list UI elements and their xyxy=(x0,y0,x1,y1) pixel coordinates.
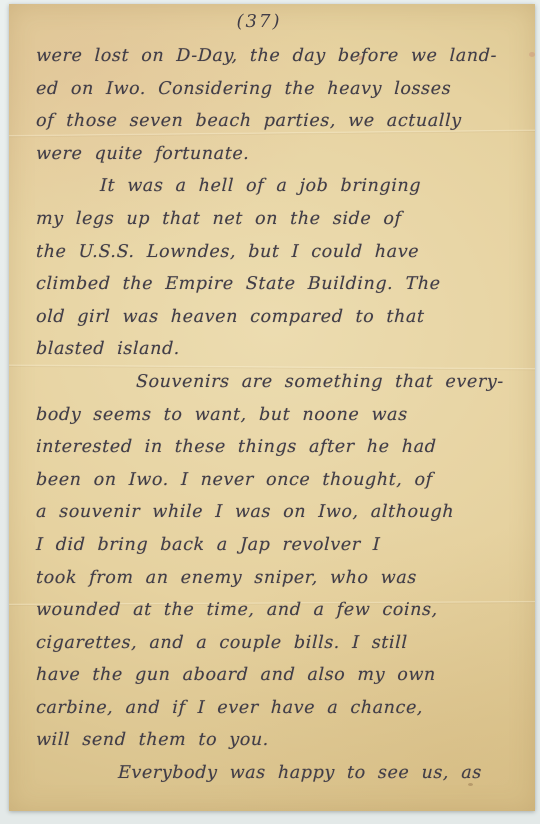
letter-line: of those seven beach parties, we actuall… xyxy=(35,105,515,138)
letter-line: will send them to you. xyxy=(35,724,515,757)
letter-line: Souvenirs are something that every- xyxy=(35,366,515,399)
letter-line: interested in these things after he had xyxy=(35,431,515,464)
letter-line: carbine, and if I ever have a chance, xyxy=(35,692,515,725)
letter-line: blasted island. xyxy=(35,333,515,366)
letter-line: Everybody was happy to see us, as xyxy=(35,757,515,790)
letter-line: body seems to want, but noone was xyxy=(35,399,515,432)
letter-line: old girl was heaven compared to that xyxy=(35,301,515,334)
letter-line: were lost on D-Day, the day before we la… xyxy=(35,40,515,73)
letter-line: my legs up that net on the side of xyxy=(35,203,515,236)
paper-blemish xyxy=(529,52,535,57)
letter-line: took from an enemy sniper, who was xyxy=(35,562,515,595)
letter-line: It was a hell of a job bringing xyxy=(35,170,515,203)
page-number: (37) xyxy=(9,11,509,32)
letter-body: were lost on D-Day, the day before we la… xyxy=(36,40,515,790)
letter-page: (37) were lost on D-Day, the day before … xyxy=(9,4,535,811)
letter-line: been on Iwo. I never once thought, of xyxy=(35,464,515,497)
letter-line: a souvenir while I was on Iwo, although xyxy=(35,496,515,529)
letter-line: cigarettes, and a couple bills. I still xyxy=(35,627,515,660)
letter-line: were quite fortunate. xyxy=(35,138,515,171)
letter-line: wounded at the time, and a few coins, xyxy=(35,594,515,627)
letter-line: I did bring back a Jap revolver I xyxy=(35,529,515,562)
letter-line: ed on Iwo. Considering the heavy losses xyxy=(35,73,515,106)
scanner-background: (37) were lost on D-Day, the day before … xyxy=(0,0,540,824)
letter-line: climbed the Empire State Building. The xyxy=(35,268,515,301)
letter-line: have the gun aboard and also my own xyxy=(35,659,515,692)
letter-line: the U.S.S. Lowndes, but I could have xyxy=(35,236,515,269)
